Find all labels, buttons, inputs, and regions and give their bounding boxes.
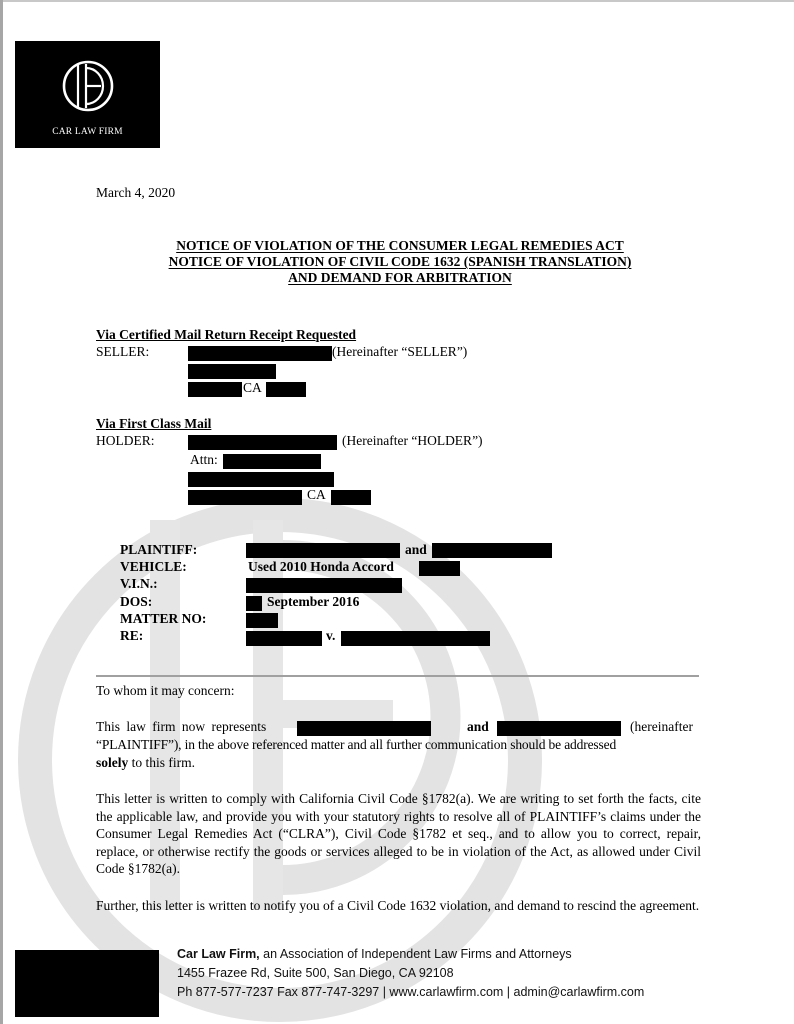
redacted-holder-address — [188, 472, 334, 487]
seller-state: CA — [243, 380, 262, 396]
title-line-1: NOTICE OF VIOLATION OF THE CONSUMER LEGA… — [80, 238, 720, 254]
plaintiff-joiner: and — [405, 542, 427, 558]
title-line-2: NOTICE OF VIOLATION OF CIVIL CODE 1632 (… — [80, 254, 720, 270]
page-border-left — [0, 0, 3, 1024]
para1-joiner: and — [467, 719, 489, 735]
seller-delivery-method: Via Certified Mail Return Receipt Reques… — [96, 327, 356, 343]
redacted-dos-day — [246, 596, 262, 611]
salutation: To whom it may concern: — [96, 683, 235, 699]
redacted-holder-attn — [223, 454, 321, 469]
redacted-seller-city — [188, 382, 242, 397]
para1-hereinafter: (hereinafter — [630, 719, 693, 735]
dos-value: September 2016 — [267, 594, 359, 610]
seller-label: SELLER: — [96, 344, 149, 360]
letter-date: March 4, 2020 — [96, 185, 175, 201]
para3: Further, this letter is written to notif… — [96, 897, 701, 915]
plaintiff-label: PLAINTIFF: — [120, 542, 197, 558]
vehicle-label: VEHICLE: — [120, 559, 187, 575]
para2: This letter is written to comply with Ca… — [96, 790, 701, 878]
footer-address: 1455 Frazee Rd, Suite 500, San Diego, CA… — [177, 964, 454, 983]
holder-state: CA — [307, 487, 326, 503]
holder-attn-label: Attn: — [190, 452, 218, 468]
redacted-holder-city — [188, 490, 302, 505]
redacted-re-party-2 — [341, 631, 490, 646]
vehicle-value: Used 2010 Honda Accord — [248, 559, 394, 575]
para1-tail: to this firm. — [128, 755, 195, 770]
footer-contact: Ph 877-577-7237 Fax 877-747-3297 | www.c… — [177, 983, 644, 1002]
para1-line2: “PLAINTIFF”), in the above referenced ma… — [96, 737, 616, 753]
redacted-matter-no — [246, 613, 278, 628]
cle-monogram-icon — [61, 50, 115, 122]
dos-label: DOS: — [120, 594, 152, 610]
redacted-seller-address — [188, 364, 276, 379]
page-border-top — [0, 0, 794, 2]
footer-firm-line: Car Law Firm, an Association of Independ… — [177, 945, 572, 964]
redacted-footer-logo — [15, 950, 159, 1017]
redacted-holder-name — [188, 435, 337, 450]
redacted-seller-zip — [266, 382, 306, 397]
holder-delivery-method: Via First Class Mail — [96, 416, 211, 432]
redacted-seller-name — [188, 346, 332, 361]
title-line-3: AND DEMAND FOR ARBITRATION — [80, 270, 720, 286]
redacted-client-1 — [297, 721, 431, 736]
redacted-plaintiff-1 — [246, 543, 400, 558]
section-divider — [96, 675, 699, 677]
footer-firm-name: Car Law Firm, — [177, 947, 260, 961]
redacted-holder-zip — [331, 490, 371, 505]
re-joiner: v. — [326, 628, 335, 644]
redacted-client-2 — [497, 721, 621, 736]
redacted-re-party-1 — [246, 631, 322, 646]
seller-hereinafter: (Hereinafter “SELLER”) — [332, 344, 467, 360]
redacted-vin — [246, 578, 402, 593]
holder-hereinafter: (Hereinafter “HOLDER”) — [342, 433, 483, 449]
logo-brand-name: CAR LAW FIRM — [15, 127, 160, 137]
holder-label: HOLDER: — [96, 433, 155, 449]
para1-bold-word: solely — [96, 755, 128, 770]
footer-firm-desc: an Association of Independent Law Firms … — [260, 947, 572, 961]
para1-line3: solely to this firm. — [96, 755, 195, 771]
firm-logo: CAR LAW FIRM — [15, 41, 160, 148]
vin-label: V.I.N.: — [120, 576, 158, 592]
redacted-vehicle-detail — [419, 561, 460, 576]
redacted-plaintiff-2 — [432, 543, 552, 558]
matter-no-label: MATTER NO: — [120, 611, 206, 627]
letter-title: NOTICE OF VIOLATION OF THE CONSUMER LEGA… — [80, 238, 720, 286]
para1-lead: This law firm now represents — [96, 719, 266, 735]
re-label: RE: — [120, 628, 143, 644]
